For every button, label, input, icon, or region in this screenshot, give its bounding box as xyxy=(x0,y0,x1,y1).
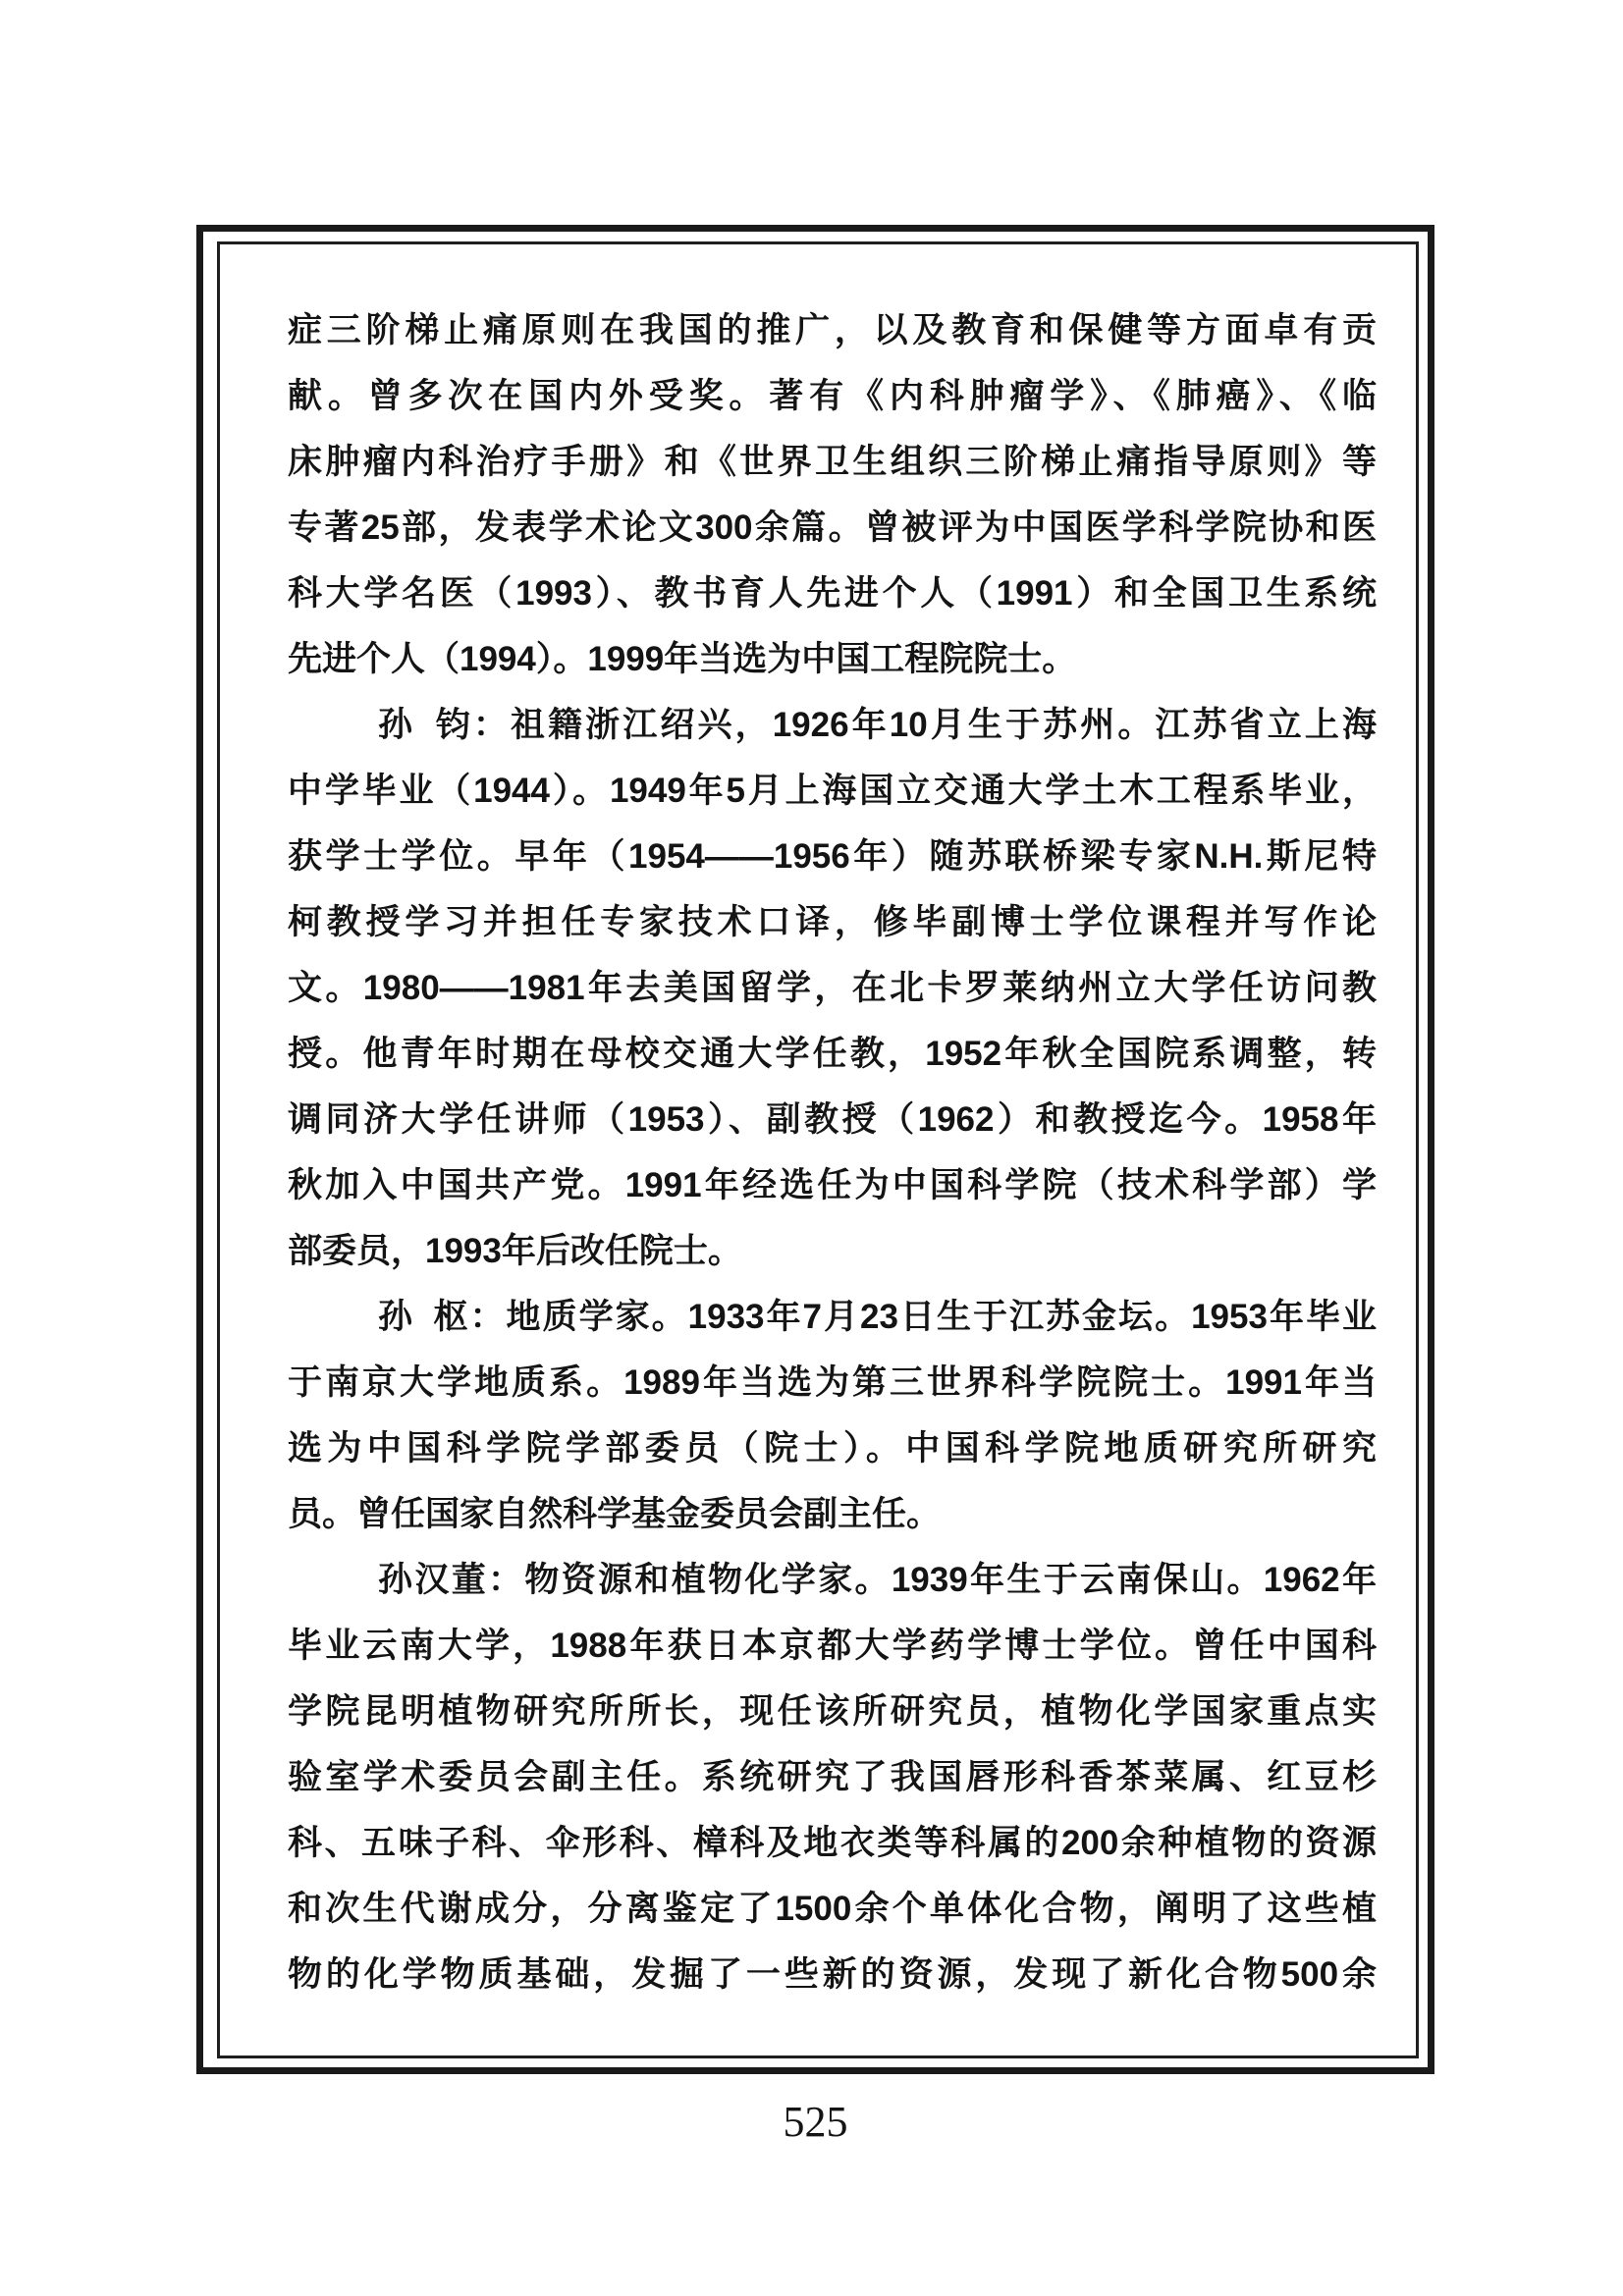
text-line-p4-l1: 孙汉董：物资源和植物化学家。1939年生于云南保山。1962年 xyxy=(288,1547,1377,1613)
text-line-p2-l6: 授。他青年时期在母校交通大学任教，1952年秋全国院系调整，转 xyxy=(288,1021,1377,1087)
text-line-p2-l8: 秋加入中国共产党。1991年经选任为中国科学院（技术科学部）学 xyxy=(288,1152,1377,1218)
text-line-p4-l7: 物的化学物质基础，发掘了一些新的资源，发现了新化合物500余 xyxy=(288,1942,1377,2007)
text-line-p1-l6: 先进个人（1994）。1999年当选为中国工程院院士。 xyxy=(288,626,1377,692)
text-line-p4-l3: 学院昆明植物研究所所长，现任该所研究员，植物化学国家重点实 xyxy=(288,1679,1377,1744)
text-line-p2-l2: 中学毕业（1944）。1949年5月上海国立交通大学土木工程系毕业， xyxy=(288,758,1377,824)
text-line-p2-l7: 调同济大学任讲师（1953）、副教授（1962）和教授迄今。1958年 xyxy=(288,1087,1377,1152)
text-line-p1-l5: 科大学名医（1993）、教书育人先进个人（1991）和全国卫生系统 xyxy=(288,561,1377,626)
text-line-p2-l1: 孙 钧：祖籍浙江绍兴，1926年10月生于苏州。江苏省立上海 xyxy=(288,692,1377,758)
text-line-p1-l2: 献。曾多次在国内外受奖。著有《内科肿瘤学》、《肺癌》、《临 xyxy=(288,363,1377,429)
page-border-inner: 症三阶梯止痛原则在我国的推广，以及教育和保健等方面卓有贡献。曾多次在国内外受奖。… xyxy=(217,241,1419,2058)
text-line-p4-l2: 毕业云南大学，1988年获日本京都大学药学博士学位。曾任中国科 xyxy=(288,1613,1377,1679)
page-number: 525 xyxy=(196,2101,1434,2144)
text-line-p1-l4: 专著25部，发表学术论文300余篇。曾被评为中国医学科学院协和医 xyxy=(288,495,1377,561)
text-line-p2-l4: 柯教授学习并担任专家技术口译，修毕副博士学位课程并写作论 xyxy=(288,889,1377,955)
text-line-p3-l2: 于南京大学地质系。1989年当选为第三世界科学院院士。1991年当 xyxy=(288,1350,1377,1415)
text-line-p4-l4: 验室学术委员会副主任。系统研究了我国唇形科香茶菜属、红豆杉 xyxy=(288,1744,1377,1810)
text-line-p2-l3: 获学士学位。早年（1954——1956年）随苏联桥梁专家N.H.斯尼特 xyxy=(288,824,1377,889)
text-line-p3-l3: 选为中国科学院学部委员（院士）。中国科学院地质研究所研究 xyxy=(288,1415,1377,1481)
text-line-p2-l5: 文。1980——1981年去美国留学，在北卡罗莱纳州立大学任访问教 xyxy=(288,955,1377,1021)
page-border-outer: 症三阶梯止痛原则在我国的推广，以及教育和保健等方面卓有贡献。曾多次在国内外受奖。… xyxy=(196,225,1434,2074)
text-line-p3-l4: 员。曾任国家自然科学基金委员会副主任。 xyxy=(288,1481,1377,1547)
text-line-p4-l6: 和次生代谢成分，分离鉴定了1500余个单体化合物，阐明了这些植 xyxy=(288,1876,1377,1942)
text-line-p1-l1: 症三阶梯止痛原则在我国的推广，以及教育和保健等方面卓有贡 xyxy=(288,297,1377,363)
text-line-p1-l3: 床肿瘤内科治疗手册》和《世界卫生组织三阶梯止痛指导原则》等 xyxy=(288,429,1377,495)
text-line-p4-l5: 科、五味子科、伞形科、樟科及地衣类等科属的200余种植物的资源 xyxy=(288,1810,1377,1876)
body-text-block: 症三阶梯止痛原则在我国的推广，以及教育和保健等方面卓有贡献。曾多次在国内外受奖。… xyxy=(220,244,1416,2056)
scanned-book-page: 症三阶梯止痛原则在我国的推广，以及教育和保健等方面卓有贡献。曾多次在国内外受奖。… xyxy=(0,0,1623,2296)
text-line-p2-l9: 部委员，1993年后改任院士。 xyxy=(288,1218,1377,1284)
text-line-p3-l1: 孙 枢：地质学家。1933年7月23日生于江苏金坛。1953年毕业 xyxy=(288,1284,1377,1350)
